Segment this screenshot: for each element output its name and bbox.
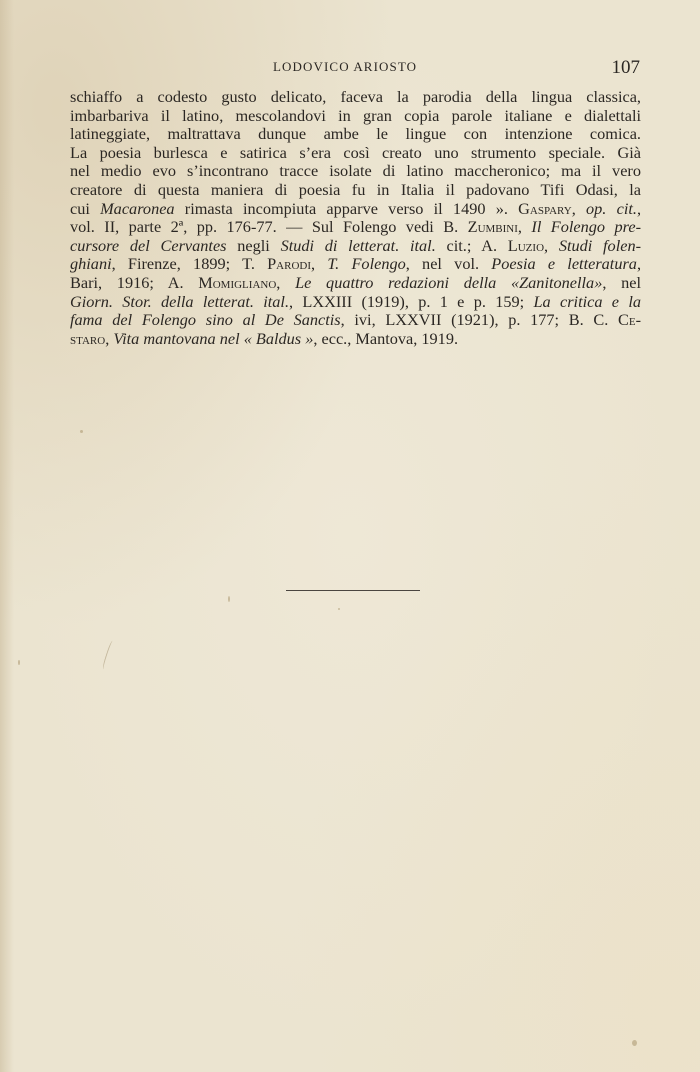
small-caps-run: Zumbini — [468, 217, 518, 236]
text-run: , — [311, 254, 327, 273]
text-line: imbarbariva il latino, mescolandovi in g… — [70, 107, 641, 126]
italic-run: Studi folen- — [559, 236, 641, 255]
italic-run: ghiani — [70, 254, 112, 273]
text-line: Giorn. Stor. della letterat. ital., LXXI… — [70, 293, 641, 312]
text-line: La poesia burlesca e satirica s’era così… — [70, 144, 641, 163]
page-edge-shadow — [0, 0, 14, 1072]
text-run: schiaffo a codesto gusto delicato, facev… — [70, 87, 641, 106]
text-run: , nel — [602, 273, 641, 292]
small-caps-run: Parodi — [267, 254, 311, 273]
text-run: , — [637, 254, 641, 273]
italic-run: T. Folengo — [327, 254, 405, 273]
italic-run: cursore del Cervantes — [70, 236, 227, 255]
small-caps-run: Momigliano — [198, 273, 276, 292]
text-run: Bari, 1916; A. — [70, 273, 198, 292]
small-caps-run: Ce- — [618, 310, 641, 329]
text-run: La poesia burlesca e satirica s’era così… — [70, 143, 641, 162]
paper-speck — [338, 608, 340, 610]
text-run: cui — [70, 199, 100, 218]
text-run: , nel vol. — [406, 254, 492, 273]
italic-run: Vita mantovana nel « Baldus » — [113, 329, 313, 348]
text-run: , — [637, 199, 641, 218]
text-run: cit.; A. — [436, 236, 508, 255]
text-run: , LXXIII (1919), p. 1 e p. 159; — [289, 292, 533, 311]
footnote-text: schiaffo a codesto gusto delicato, facev… — [70, 88, 641, 348]
text-run: , — [518, 217, 532, 236]
text-line: cursore del Cervantes negli Studi di let… — [70, 237, 641, 256]
text-line: ghiani, Firenze, 1899; T. Parodi, T. Fol… — [70, 255, 641, 274]
running-head: Lodovico Ariosto 107 — [70, 57, 640, 79]
paper-speck — [632, 1040, 637, 1046]
italic-run: Giorn. Stor. della letterat. ital. — [70, 292, 289, 311]
small-caps-run: Luzio — [508, 236, 544, 255]
text-line: latineggiate, maltrattava dunque ambe le… — [70, 125, 641, 144]
text-run: creatore di questa maniera di poesia fu … — [70, 180, 641, 199]
page-number: 107 — [612, 57, 641, 79]
text-run: vol. II, parte 2ª, pp. 176-77. — Sul Fol… — [70, 217, 468, 236]
italic-run: op. cit. — [586, 199, 637, 218]
small-caps-run: staro — [70, 329, 105, 348]
italic-run: Le quattro redazioni della «Zanitonella» — [295, 273, 602, 292]
text-line: schiaffo a codesto gusto delicato, facev… — [70, 88, 641, 107]
italic-run: La critica e la — [533, 292, 641, 311]
paper-speck — [80, 430, 83, 433]
italic-run: Poesia e letteratura — [491, 254, 637, 273]
italic-run: Macaronea — [100, 199, 174, 218]
text-line: vol. II, parte 2ª, pp. 176-77. — Sul Fol… — [70, 218, 641, 237]
text-run: , ivi, LXXVII (1921), p. 177; B. C. — [341, 310, 618, 329]
text-run: negli — [227, 236, 281, 255]
running-head-title: Lodovico Ariosto — [273, 59, 417, 75]
text-line: cui Macaronea rimasta incompiuta apparve… — [70, 200, 641, 219]
text-run: imbarbariva il latino, mescolandovi in g… — [70, 106, 641, 125]
text-line: nel medio evo s’incontrano tracce isolat… — [70, 162, 641, 181]
text-run: nel medio evo s’incontrano tracce isolat… — [70, 161, 641, 180]
text-run: , — [276, 273, 295, 292]
text-run: , Firenze, 1899; T. — [112, 254, 268, 273]
italic-run: Il Folengo pre- — [531, 217, 641, 236]
text-run: , — [572, 199, 586, 218]
text-run: rimasta incompiuta apparve verso il 1490… — [175, 199, 519, 218]
italic-run: Studi di letterat. ital. — [281, 236, 436, 255]
text-run: , ecc., Mantova, 1919. — [313, 329, 458, 348]
end-rule — [286, 590, 420, 591]
text-line: creatore di questa maniera di poesia fu … — [70, 181, 641, 200]
text-line: Bari, 1916; A. Momigliano, Le quattro re… — [70, 274, 641, 293]
paper-speck — [18, 660, 20, 665]
text-line: staro, Vita mantovana nel « Baldus », ec… — [70, 330, 641, 349]
text-line: fama del Folengo sino al De Sanctis, ivi… — [70, 311, 641, 330]
paper-speck — [228, 596, 230, 602]
text-run: , — [544, 236, 559, 255]
text-run: latineggiate, maltrattava dunque ambe le… — [70, 124, 641, 143]
small-caps-run: Gaspary — [518, 199, 572, 218]
italic-run: fama del Folengo sino al De Sanctis — [70, 310, 341, 329]
